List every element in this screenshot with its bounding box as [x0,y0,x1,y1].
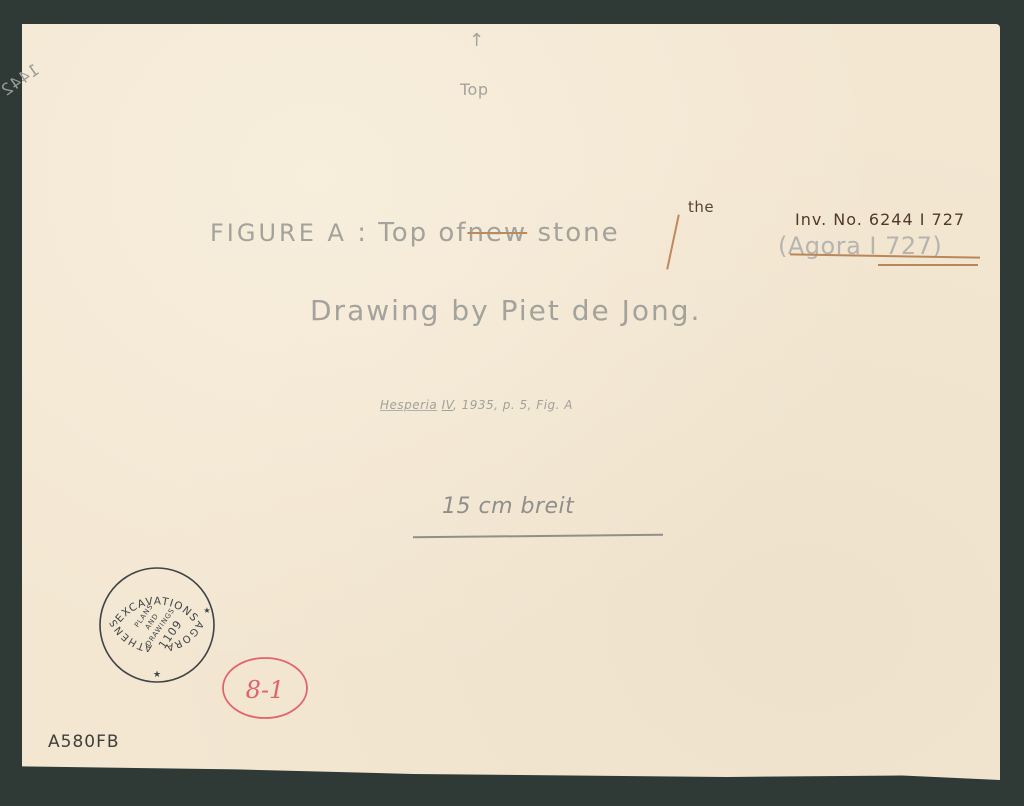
figure-label: FIGURE A [210,219,347,247]
figure-separator: : [357,218,368,248]
inserted-word: the [688,198,714,216]
citation-journal: Hesperia [380,398,437,412]
figure-text-before: Top of [378,218,467,248]
red-mark-text: 8-1 [246,676,285,704]
drawing-credit: Drawing by Piet de Jong. [310,294,701,327]
figure-title: FIGURE A : Top ofnew stone [210,218,620,248]
up-arrow-icon: ↑ [469,30,485,51]
inventory-number: Inv. No. 6244 I 727 [795,210,965,229]
publication-citation: Hesperia IV, 1935, p. 5, Fig. A [380,398,573,412]
stamp-star-icon: ★ [153,670,161,680]
agora-excavations-stamp: EXCAVATIONS AGORA ATHENS ★ ★ PLANS AND D… [97,565,217,685]
stamp-star-icon: ★ [203,606,210,615]
catalog-id: A580FB [48,732,120,752]
red-circled-mark: 8-1 [221,656,309,720]
struck-word: new [467,218,527,248]
citation-volume: IV [442,398,453,412]
citation-details: , 1935, p. 5, Fig. A [453,398,573,412]
scale-note: 15 cm breit [442,494,574,519]
strikethrough-line [878,264,978,266]
orientation-label: Top [460,80,489,99]
figure-text-after: stone [537,218,619,248]
